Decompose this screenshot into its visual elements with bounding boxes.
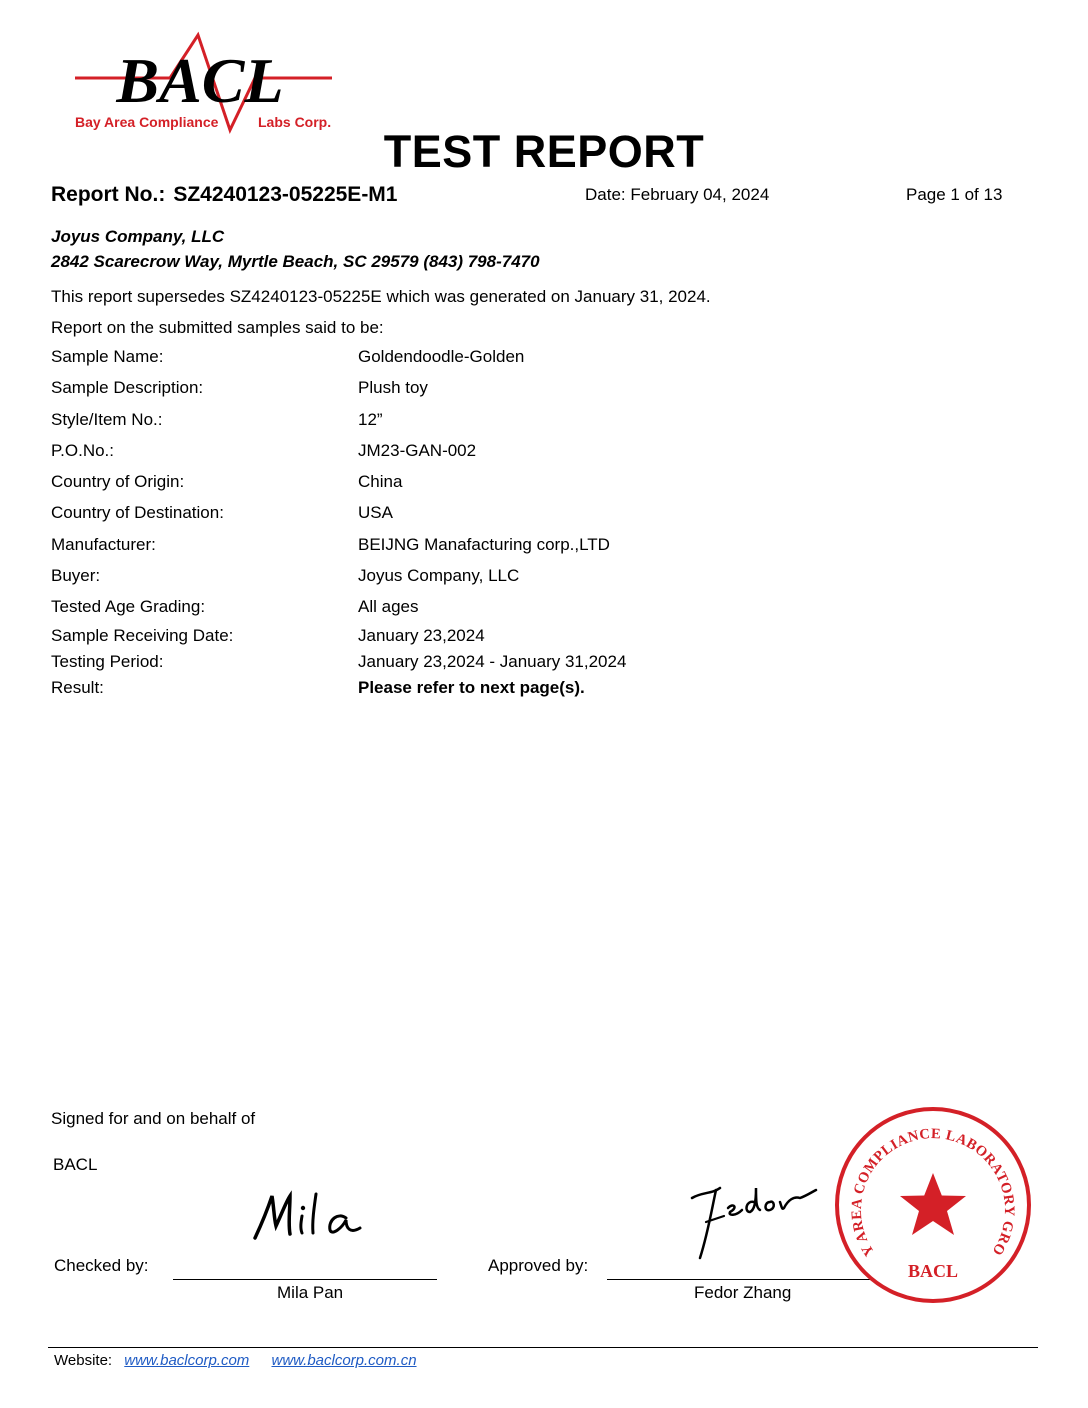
footer: Website: www.baclcorp.com www.baclcorp.c… <box>54 1352 417 1369</box>
checked-by-label: Checked by: <box>54 1256 149 1276</box>
star-icon <box>900 1173 966 1235</box>
footer-divider <box>48 1347 1038 1348</box>
field-label: Manufacturer: <box>51 535 156 555</box>
page-indicator: Page 1 of 13 <box>906 185 1002 205</box>
field-label: Sample Description: <box>51 378 203 398</box>
svg-text:BACL: BACL <box>908 1261 958 1281</box>
website-label: Website: <box>54 1352 112 1369</box>
field-value: Plush toy <box>358 378 428 398</box>
field-value: Goldendoodle-Golden <box>358 347 524 367</box>
report-number-value: SZ4240123-05225E-M1 <box>173 183 397 206</box>
bacl-logo: BACL Bay Area Compliance Labs Corp. <box>70 30 335 135</box>
report-number-label: Report No.: <box>51 183 165 206</box>
field-value: 12” <box>358 410 383 430</box>
field-label: Testing Period: <box>51 652 163 672</box>
report-number: Report No.:SZ4240123-05225E-M1 <box>51 183 397 207</box>
field-label: Tested Age Grading: <box>51 597 205 617</box>
field-value: BEIJNG Manafacturing corp.,LTD <box>358 535 610 555</box>
field-label: Country of Destination: <box>51 503 224 523</box>
client-block: Joyus Company, LLC 2842 Scarecrow Way, M… <box>51 224 540 274</box>
checked-by-name: Mila Pan <box>277 1283 343 1303</box>
intro-lead: Report on the submitted samples said to … <box>51 318 384 338</box>
field-label: P.O.No.: <box>51 441 114 461</box>
approved-by-name: Fedor Zhang <box>694 1283 791 1303</box>
field-value: USA <box>358 503 393 523</box>
checked-signature <box>250 1188 380 1243</box>
supersedes-note: This report supersedes SZ4240123-05225E … <box>51 287 711 307</box>
field-value: January 23,2024 <box>358 626 485 646</box>
checked-signature-line <box>173 1279 437 1280</box>
field-value: Please refer to next page(s). <box>358 678 585 698</box>
field-value: All ages <box>358 597 418 617</box>
report-date: Date: February 04, 2024 <box>585 185 769 205</box>
signing-company: BACL <box>53 1155 97 1175</box>
field-label: Result: <box>51 678 104 698</box>
signed-for-label: Signed for and on behalf of <box>51 1109 255 1129</box>
field-label: Buyer: <box>51 566 100 586</box>
field-value: JM23-GAN-002 <box>358 441 476 461</box>
field-label: Sample Receiving Date: <box>51 626 233 646</box>
approved-signature <box>690 1178 820 1263</box>
field-label: Sample Name: <box>51 347 163 367</box>
page-title: TEST REPORT <box>0 126 1088 178</box>
field-label: Country of Origin: <box>51 472 184 492</box>
approved-by-label: Approved by: <box>488 1256 588 1276</box>
field-value: China <box>358 472 402 492</box>
field-value: January 23,2024 - January 31,2024 <box>358 652 626 672</box>
company-seal: BAY AREA COMPLIANCE LABORATORY GROUP BAC… <box>833 1105 1033 1305</box>
field-value: Joyus Company, LLC <box>358 566 519 586</box>
svg-text:BACL: BACL <box>115 45 283 116</box>
field-label: Style/Item No.: <box>51 410 162 430</box>
client-name: Joyus Company, LLC <box>51 224 540 249</box>
client-address: 2842 Scarecrow Way, Myrtle Beach, SC 295… <box>51 249 540 274</box>
website-link-cn[interactable]: www.baclcorp.com.cn <box>271 1352 416 1369</box>
website-link-com[interactable]: www.baclcorp.com <box>124 1352 249 1369</box>
